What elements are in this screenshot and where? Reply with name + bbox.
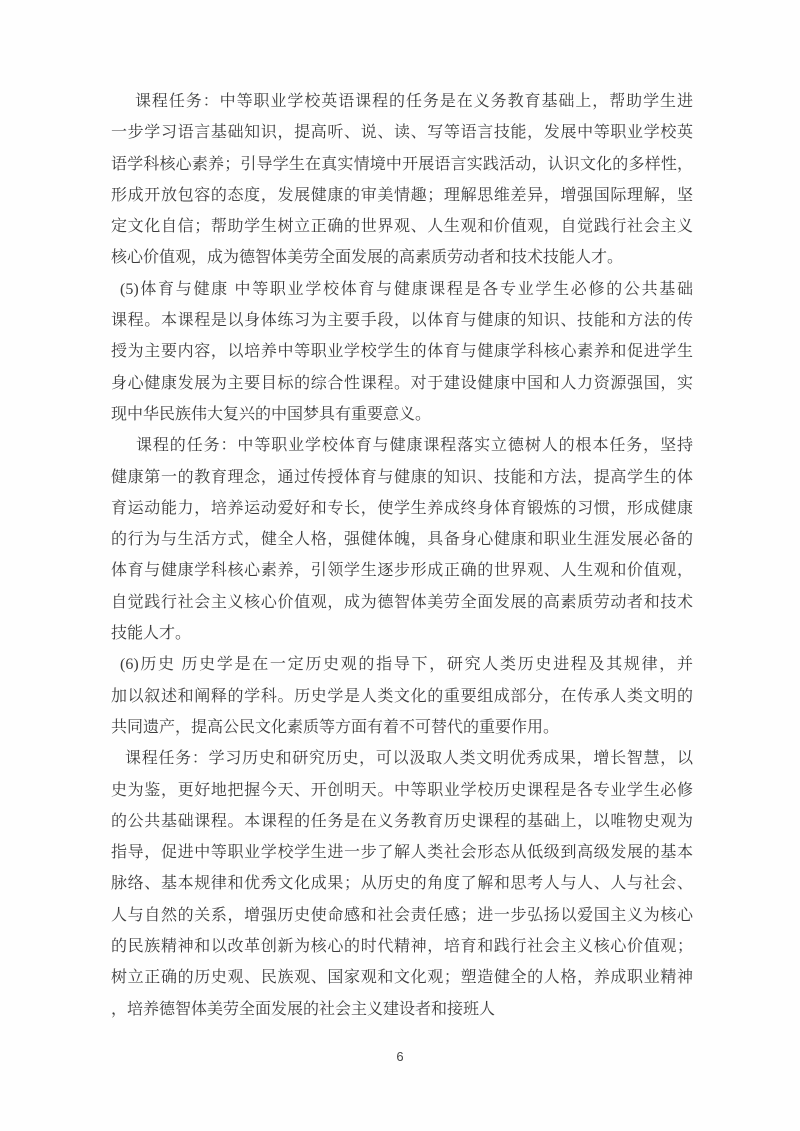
text-line: 核心价值观，成为德智体美劳全面发展的高素质劳动者和技术技能人才。 (111, 242, 693, 273)
text-line: 定文化自信；帮助学生树立正确的世界观、人生观和价值观，自觉践行社会主义 (111, 211, 693, 242)
text-line: 课程。本课程是以身体练习为主要手段，以体育与健康的知识、技能和方法的传 (111, 305, 693, 336)
text-line: 课程任务：中等职业学校英语课程的任务是在义务教育基础上，帮助学生进 (111, 86, 693, 117)
document-page: 课程任务：中等职业学校英语课程的任务是在义务教育基础上，帮助学生进一步学习语言基… (0, 0, 800, 1131)
text-line: 人与自然的关系，增强历史使命感和社会责任感；进一步弘扬以爱国主义为核心 (111, 900, 693, 931)
text-line: 健康第一的教育理念，通过传授体育与健康的知识、技能和方法，提高学生的体 (111, 462, 693, 493)
text-line: 的行为与生活方式，健全人格，强健体魄，具备身心健康和职业生涯发展必备的 (111, 524, 693, 555)
text-line: 课程的任务：中等职业学校体育与健康课程落实立德树人的根本任务，坚持 (111, 430, 693, 461)
text-line: 育运动能力，培养运动爱好和专长，使学生养成终身体育锻炼的习惯，形成健康 (111, 493, 693, 524)
text-line: 共同遗产，提高公民文化素质等方面有着不可替代的重要作用。 (111, 712, 693, 743)
text-line: ，培养德智体美劳全面发展的社会主义建设者和接班人 (111, 994, 693, 1025)
text-line: 体育与健康学科核心素养，引领学生逐步形成正确的世界观、人生观和价值观， (111, 555, 693, 586)
text-line: 现中华民族伟大复兴的中国梦具有重要意义。 (111, 399, 693, 430)
text-line: 史为鉴，更好地把握今天、开创明天。中等职业学校历史课程是各专业学生必修 (111, 775, 693, 806)
text-line: 技能人才。 (111, 618, 693, 649)
text-line: 自觉践行社会主义核心价值观，成为德智体美劳全面发展的高素质劳动者和技术 (111, 587, 693, 618)
text-line: 脉络、基本规律和优秀文化成果；从历史的角度了解和思考人与人、人与社会、 (111, 868, 693, 899)
text-line: (5)体育与健康 中等职业学校体育与健康课程是各专业学生必修的公共基础 (111, 274, 693, 305)
text-line: 授为主要内容，以培养中等职业学校学生的体育与健康学科核心素养和促进学生 (111, 336, 693, 367)
text-line: (6)历史 历史学是在一定历史观的指导下，研究人类历史进程及其规律，并 (111, 649, 693, 680)
text-line: 身心健康发展为主要目标的综合性课程。对于建设健康中国和人力资源强国，实 (111, 368, 693, 399)
text-line: 指导，促进中等职业学校学生进一步了解人类社会形态从低级到高级发展的基本 (111, 837, 693, 868)
text-line: 的民族精神和以改革创新为核心的时代精神，培育和践行社会主义核心价值观； (111, 931, 693, 962)
text-line: 课程任务：学习历史和研究历史，可以汲取人类文明优秀成果，增长智慧，以 (111, 743, 693, 774)
text-line: 的公共基础课程。本课程的任务是在义务教育历史课程的基础上，以唯物史观为 (111, 806, 693, 837)
text-line: 形成开放包容的态度，发展健康的审美情趣；理解思维差异，增强国际理解，坚 (111, 180, 693, 211)
text-line: 树立正确的历史观、民族观、国家观和文化观；塑造健全的人格，养成职业精神 (111, 962, 693, 993)
text-line: 一步学习语言基础知识，提高听、说、读、写等语言技能，发展中等职业学校英 (111, 117, 693, 148)
page-number: 6 (0, 1049, 800, 1064)
page-body: 课程任务：中等职业学校英语课程的任务是在义务教育基础上，帮助学生进一步学习语言基… (111, 86, 693, 1025)
text-line: 语学科核心素养；引导学生在真实情境中开展语言实践活动，认识文化的多样性， (111, 149, 693, 180)
text-line: 加以叙述和阐释的学科。历史学是人类文化的重要组成部分，在传承人类文明的 (111, 681, 693, 712)
